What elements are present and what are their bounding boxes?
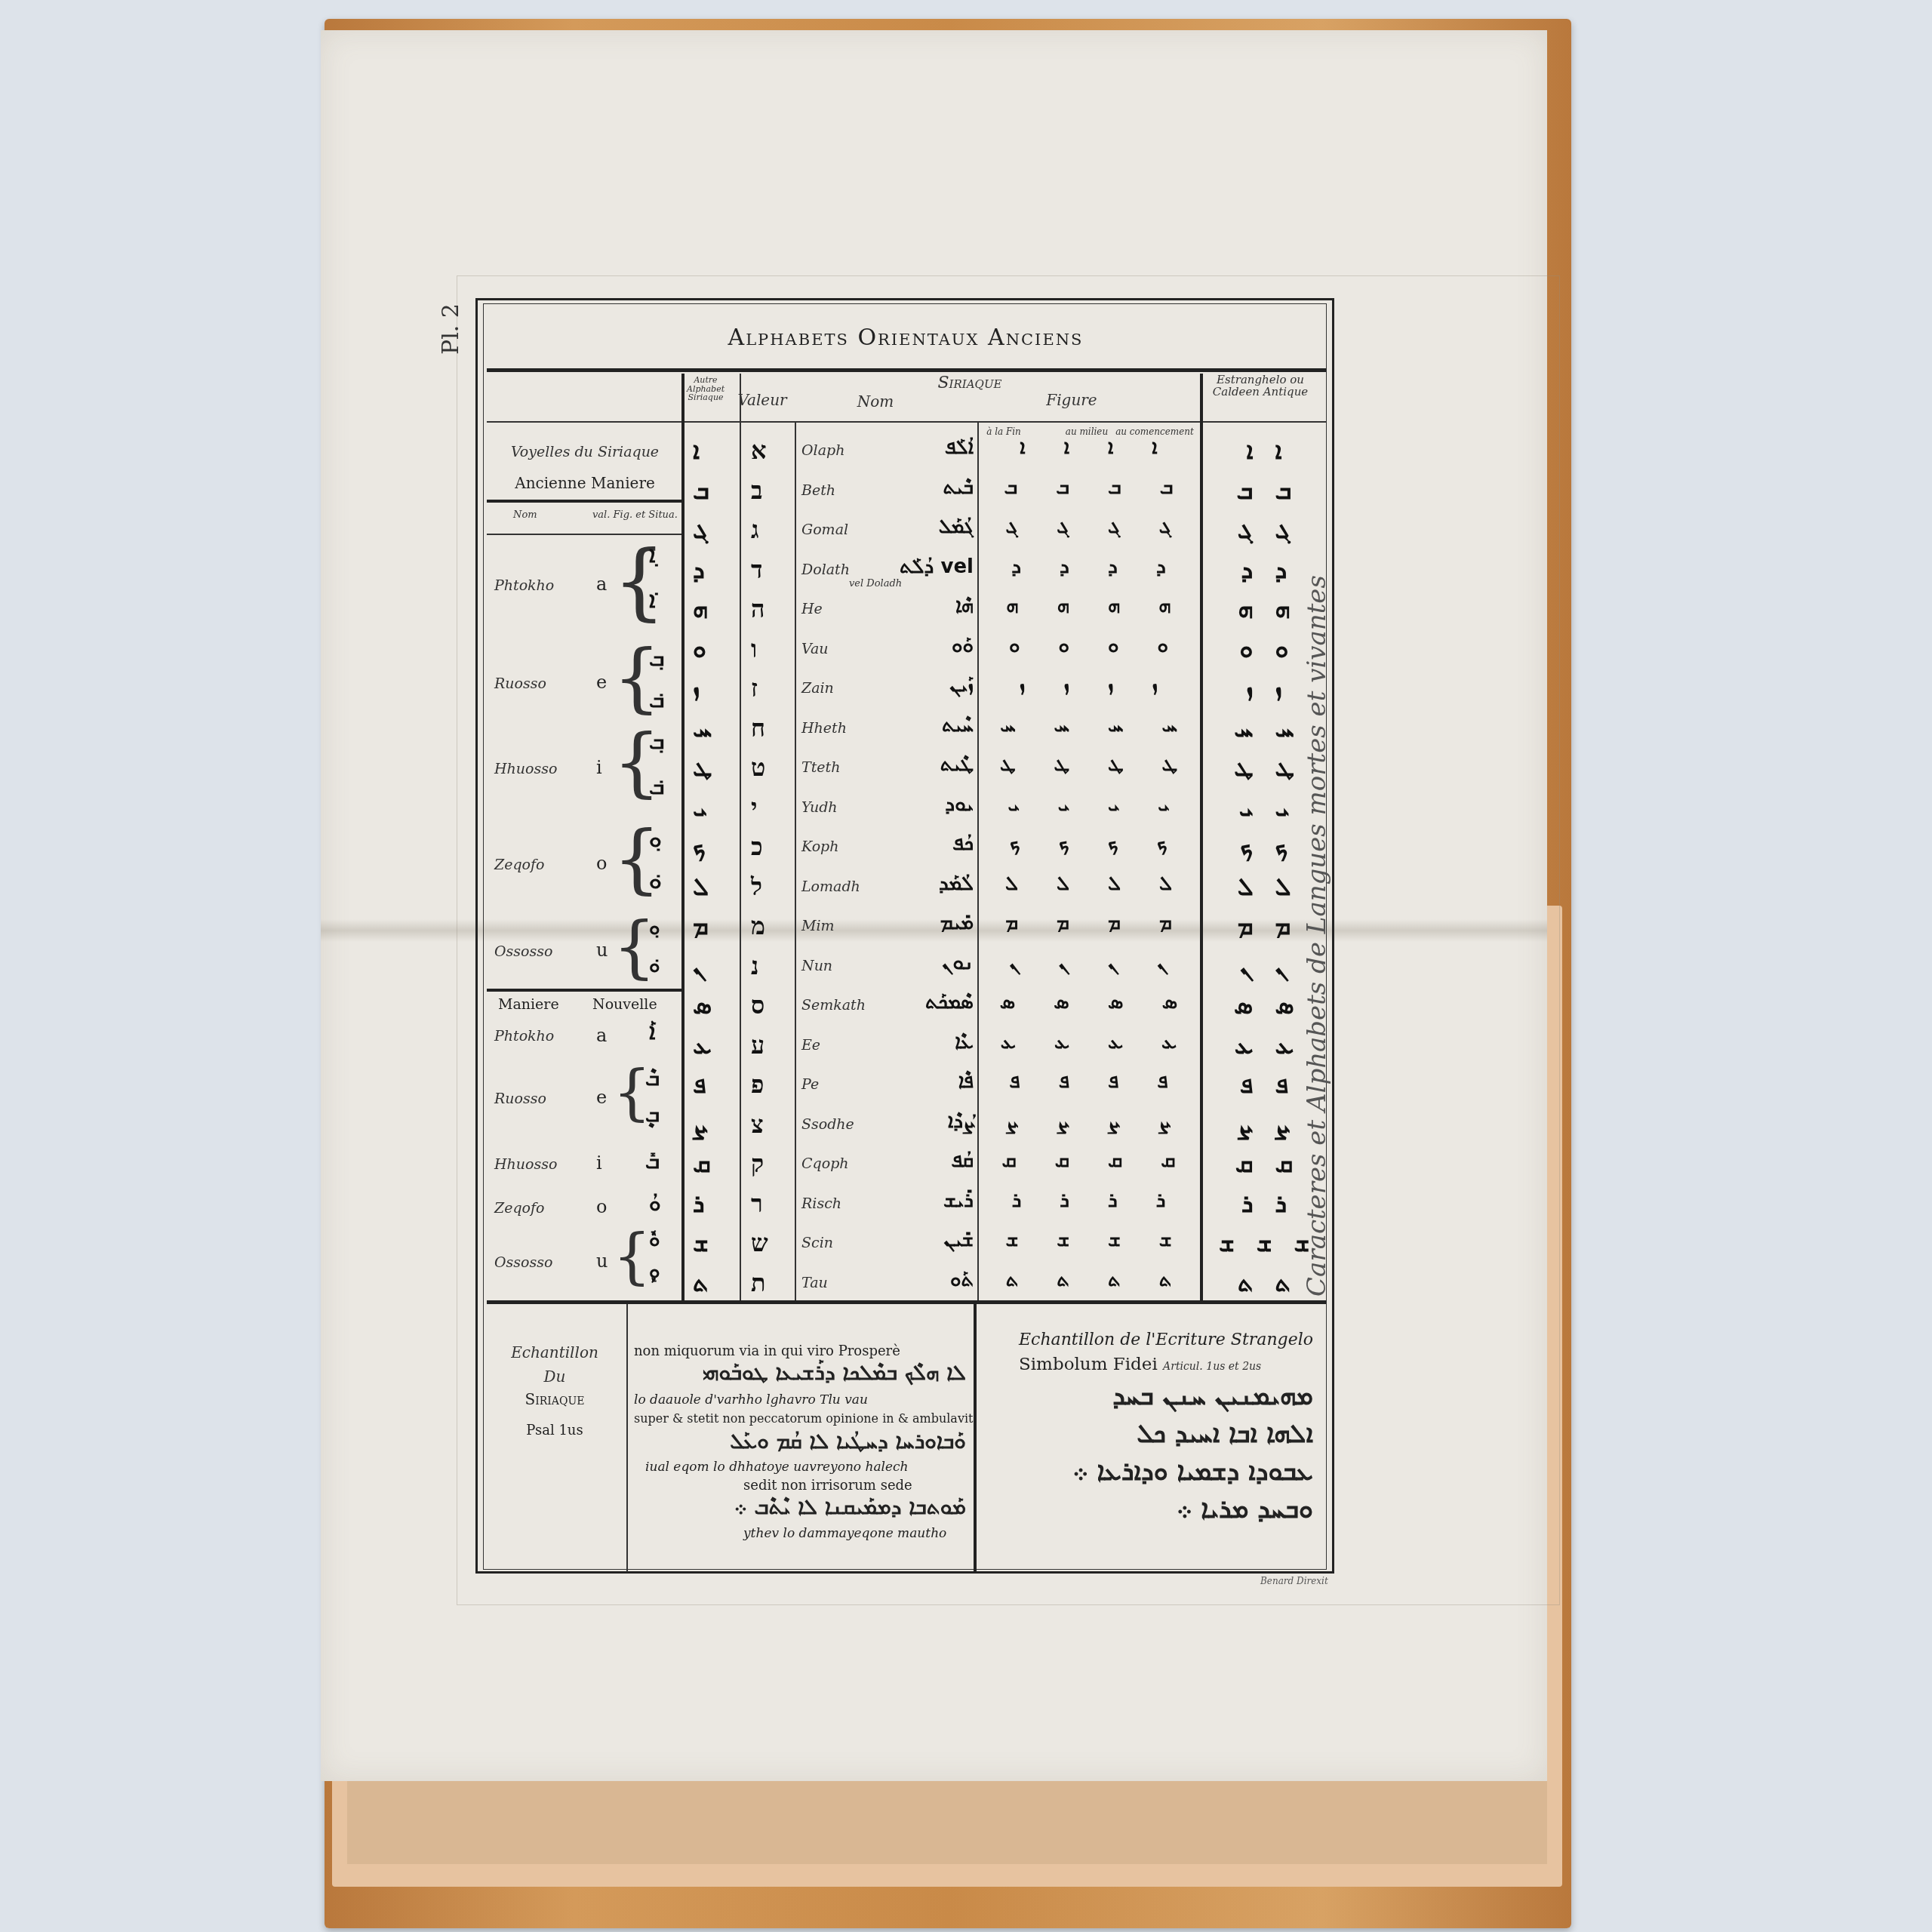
hebrew-value-glyph: ל (751, 872, 762, 901)
sample-label-line: Du (487, 1367, 623, 1386)
brace-icon: { (613, 1226, 651, 1287)
nouvelle-header-nouvelle: Nouvelle (592, 996, 657, 1013)
letter-name-syriac: ܩܳܦ (875, 1149, 974, 1173)
estranghelo-glyph: ܓ ܓ (1207, 515, 1321, 545)
letter-name-syriac: ܪܺܝܫ (875, 1189, 974, 1213)
vowel-value: a (596, 574, 607, 595)
header-nom: Nom (830, 394, 921, 410)
autre-alphabet-glyph: ܬ (693, 1269, 708, 1298)
hebrew-value-glyph: ד (751, 555, 762, 584)
letter-forms: ܨ ܨ ܨ ܨ (981, 1110, 1196, 1134)
letter-name-syriac: ܟܳܦ (875, 832, 974, 856)
sample-label-line: Echantillon (487, 1343, 623, 1361)
brace-icon: { (613, 540, 666, 623)
letter-name: Gomal (801, 521, 848, 538)
sample-syriac-line: ܡܰܘܬܒܐ ܕܡܡܰܝܩܢܐ ܠܐ ܝܶܬܶܒ ܀ (709, 1494, 966, 1520)
figure-sub-milieu: au milieu (1057, 427, 1117, 437)
rule-nom (977, 421, 979, 1302)
vowel-glyph: ܒ݂ (649, 728, 664, 755)
letter-forms: ܣ ܣ ܣ ܣ (981, 991, 1196, 1014)
letter-name-syriac: ܬܰܘ (875, 1269, 974, 1292)
autre-alphabet-glyph: ܓ (693, 515, 709, 545)
figure-sub-fin: à la Fin (974, 427, 1034, 437)
vowel-glyph: ܘ݂ (649, 917, 660, 940)
vowel-value: i (596, 1152, 602, 1174)
letter-name: Beth (801, 482, 835, 499)
letter-forms: ܛ ܛ ܛ ܛ (981, 753, 1196, 777)
autre-alphabet-glyph: ܐ (693, 436, 700, 466)
letter-name: Cqoph (801, 1155, 849, 1172)
autre-alphabet-glyph: ܘ (693, 635, 706, 664)
vowel-glyph: ܘ݂ (649, 826, 662, 853)
letter-name-syriac: ܦܶܐ (875, 1070, 974, 1094)
strangelo-line: ܡܗܝܡܢܝܢ ܚܢܢ ܒܚܕ (1004, 1381, 1313, 1411)
title-divider (487, 368, 1326, 372)
figure-sub-commencement: au comencement (1113, 427, 1196, 437)
rule-sample-split (974, 1304, 977, 1572)
letter-name-syriac: ܚܶܝܬ (875, 714, 974, 737)
sample-translit-line: iual eqom lo dhhatoye uavreyono halech (645, 1460, 909, 1475)
sample-translit-line: ythev lo dammayeqone mautho (743, 1526, 946, 1541)
sample-latin-line: non miquorum via in qui viro Prosperè (634, 1343, 900, 1359)
vowel-glyph: ܒ݁ (649, 774, 664, 800)
vowel-name: Ruosso (494, 675, 546, 692)
vowel-glyph: ܘܽ (649, 1229, 660, 1252)
autre-alphabet-glyph: ܣ (693, 991, 712, 1020)
letter-name: He (801, 601, 823, 617)
vowel-value: e (596, 1087, 607, 1108)
vowel-value: e (596, 672, 607, 693)
vowel-value: u (596, 940, 608, 961)
vowel-name: Phtokho (494, 577, 554, 594)
header-figure: Figure (1026, 392, 1117, 408)
letter-name: Koph (801, 838, 839, 855)
rule-valeur (795, 421, 796, 1302)
letter-forms: ܪ ܪ ܪ ܪ (981, 1189, 1196, 1213)
estranghelo-glyph: ܒ ܒ (1207, 476, 1321, 506)
vowel-name: Ruosso (494, 1091, 546, 1107)
autre-alphabet-glyph: ܛ (693, 753, 712, 783)
vowel-value: u (596, 1251, 608, 1272)
vowel-glyph: ܐ݁ (649, 587, 655, 614)
vowel-glyph: ܒ݂ (649, 645, 664, 672)
autre-alphabet-glyph: ܠ (693, 872, 709, 902)
hebrew-value-glyph: ת (751, 1269, 766, 1297)
letter-name-syriac: ܐܳܠܰܦ (875, 436, 974, 460)
strangelo-subtitle-text: Simbolum Fidei (1019, 1355, 1158, 1374)
header-valeur: Valeur (736, 392, 789, 408)
strangelo-subtitle-note: Articul. 1us et 2us (1163, 1361, 1261, 1373)
rule-figure (1200, 374, 1203, 1302)
vowel-name: Hhuosso (494, 761, 557, 777)
rule-vowels (681, 374, 685, 1302)
vowel-glyph: ܘܾ (649, 1260, 660, 1284)
sample-latin-line: sedit non irrisorum sede (743, 1478, 912, 1494)
vowel-glyph: ܘ݁ (649, 868, 662, 894)
letter-forms: ܚ ܚ ܚ ܚ (981, 714, 1196, 737)
letter-name: Lomadh (801, 878, 860, 895)
vowel-value: a (596, 1025, 607, 1046)
hebrew-value-glyph: ש (751, 1229, 768, 1257)
letter-name-syriac: ܥܶܐ (875, 1031, 974, 1054)
letter-name-syriac: ܕܳܠܰܬ vel (875, 555, 974, 579)
vowels-col-nom: Nom (513, 509, 537, 521)
letter-name-syriac: ܓܳܡܰܠ (875, 515, 974, 539)
sample-label-line: Psal 1us (487, 1423, 623, 1438)
rule-sample-label (626, 1304, 628, 1572)
hebrew-value-glyph: ק (751, 1149, 764, 1178)
letter-forms: ܐ ܐ ܐ ܐ (981, 436, 1196, 460)
letter-name: Vau (801, 641, 829, 657)
letter-name-syriac: ܛܶܝܬ (875, 753, 974, 777)
vowels-nouvelle-divider (487, 989, 681, 992)
letter-forms: ܕ ܕ ܕ ܕ (981, 555, 1196, 579)
letter-forms: ܘ ܘ ܘ ܘ (981, 635, 1196, 658)
strangelo-line: ܥܒܘܕܐ ܕܫܡܝܐ ܘܕܐܪܥܐ ܀ (1004, 1457, 1313, 1487)
autre-alphabet-glyph: ܡ (693, 912, 709, 941)
vowel-value: i (596, 757, 602, 778)
letter-forms: ܠ ܠ ܠ ܠ (981, 872, 1196, 896)
autre-alphabet-glyph: ܩ (693, 1149, 711, 1179)
vowel-name: Zeqofo (494, 1200, 545, 1217)
estranghelo-glyph: ܐ ܐ (1207, 436, 1321, 466)
sample-label-line: Siriaque (487, 1390, 623, 1408)
hebrew-value-glyph: כ (751, 832, 763, 861)
letter-forms: ܝ ܝ ܝ ܝ (981, 793, 1196, 817)
letter-name-syriac: ܡܺܝܡ (875, 912, 974, 935)
hebrew-value-glyph: ו (751, 635, 757, 663)
letter-name-syriac: ܢܘܢ (875, 952, 974, 975)
autre-alphabet-glyph: ܚ (693, 714, 712, 743)
hebrew-value-glyph: ז (751, 674, 758, 703)
autre-alphabet-glyph: ܢ (693, 952, 706, 981)
hebrew-value-glyph: צ (751, 1110, 764, 1139)
vowel-glyph: ܐ݂ (649, 542, 655, 568)
vowel-glyph: ܘܳ (649, 1191, 661, 1217)
letter-name: Tau (801, 1275, 828, 1291)
hebrew-value-glyph: ה (751, 595, 764, 623)
letter-name-syriac: ܘܰܘ (875, 635, 974, 658)
hebrew-value-glyph: ס (751, 991, 764, 1020)
letter-name: Nun (801, 958, 832, 974)
hebrew-value-glyph: פ (751, 1070, 764, 1099)
autre-alphabet-glyph: ܝ (693, 793, 707, 823)
hebrew-value-glyph: א (751, 436, 767, 465)
hebrew-value-glyph: י (751, 793, 757, 822)
nouvelle-header-maniere: Maniere (498, 996, 559, 1013)
letter-forms: ܦ ܦ ܦ ܦ (981, 1070, 1196, 1094)
letter-name: Scin (801, 1235, 833, 1251)
header-estranghelo: Estranghelo ou Caldeen Antique (1204, 374, 1317, 398)
letter-name: Tteth (801, 759, 840, 776)
vowels-subtitle: Ancienne Maniere (491, 474, 679, 492)
hebrew-value-glyph: ב (751, 476, 762, 505)
letter-name-syriac: ܣܶܡܟܰܬ (875, 991, 974, 1014)
letter-forms: ܩ ܩ ܩ ܩ (981, 1149, 1196, 1173)
hebrew-value-glyph: ט (751, 753, 765, 782)
autre-alphabet-glyph: ܒ (693, 476, 709, 506)
letter-name: Zain (801, 680, 834, 697)
letter-name: Olaph (801, 442, 844, 459)
vowel-name: Phtokho (494, 1028, 554, 1044)
letter-name-syriac: ܠܳܡܰܕ (875, 872, 974, 896)
vowel-glyph: ܒܶ (645, 1066, 660, 1091)
autre-alphabet-glyph: ܟ (693, 832, 706, 862)
letter-name: Dolath (801, 561, 850, 578)
letter-name-syriac: ܫܺܝܢ (875, 1229, 974, 1252)
vowel-name: Hhuosso (494, 1156, 557, 1173)
letter-forms: ܥ ܥ ܥ ܥ (981, 1031, 1196, 1054)
hebrew-value-glyph: מ (751, 912, 765, 940)
autre-alphabet-glyph: ܦ (693, 1070, 706, 1100)
sample-syriac-line: ܘܰܒܐܘܪܚܐ ܕܚܛܳܝܐ ܠܐ ܩܳܡ ܘܥܰܠ (634, 1429, 966, 1454)
autre-alphabet-glyph: ܨ (693, 1110, 708, 1140)
strangelo-line: ܐܠܗܐ ܐܒܐ ܐܚܝܕ ܟܠ (1004, 1419, 1313, 1449)
letter-forms: ܢ ܢ ܢ ܢ (981, 952, 1196, 975)
sample-translit-line: lo daauole d'varhho lghavro Tlu vau (634, 1392, 868, 1407)
vowel-name: Ossosso (494, 1254, 552, 1271)
hebrew-value-glyph: ע (751, 1031, 764, 1060)
letter-name: Ee (801, 1037, 820, 1054)
autre-alphabet-glyph: ܙ (693, 674, 700, 703)
letter-forms: ܡ ܡ ܡ ܡ (981, 912, 1196, 935)
autre-alphabet-glyph: ܪ (693, 1189, 705, 1219)
strangelo-line: ܘܒܚܕ ܡܪܝܐ ܀ (1004, 1494, 1313, 1524)
engraver-credit: Benard Direxit (1260, 1576, 1328, 1586)
plate-title: Alphabets Orientaux Anciens (487, 306, 1324, 370)
letter-name: Yudh (801, 799, 838, 816)
vowel-glyph: ܒܷ (645, 1102, 660, 1128)
vowel-value: o (596, 853, 607, 874)
sample-latin-line: super & stetit non peccatorum opinione i… (634, 1411, 973, 1426)
letter-forms: ܙ ܙ ܙ ܙ (981, 674, 1196, 697)
letter-name: Ssodhe (801, 1116, 854, 1133)
header-autre-alphabet: Autre Alphabet Siriaque (679, 376, 732, 402)
vowel-glyph: ܐܰ (649, 1019, 655, 1045)
autre-alphabet-glyph: ܥ (693, 1031, 712, 1060)
hebrew-value-glyph: ח (751, 714, 765, 743)
autre-alphabet-glyph: ܗ (693, 595, 708, 624)
letter-name-syriac: ܨܳܕܶܐ (875, 1110, 974, 1134)
letter-name-syriac: ܗܶܐ (875, 595, 974, 618)
table-bottom-divider (487, 1300, 1326, 1304)
vowels-col-val: val. Fig. et Situa. (592, 509, 678, 521)
hebrew-value-glyph: נ (751, 952, 758, 980)
side-title: Caracteres et Alphabets de Langues morte… (1302, 575, 1332, 1297)
letter-name-alt: vel Doladh (849, 578, 902, 589)
letter-name-syriac: ܒܶܝܬ (875, 476, 974, 500)
letter-forms: ܟ ܟ ܟ ܟ (981, 832, 1196, 856)
hebrew-value-glyph: ג (751, 515, 759, 544)
vowel-glyph: ܒܺ (645, 1149, 660, 1174)
vowel-name: Zeqofo (494, 857, 545, 873)
header-siriaque: Siriaque (913, 374, 1026, 392)
letter-name-syriac: ܙܰܝܢ (875, 674, 974, 697)
strangelo-title: Echantillon de l'Ecriture Strangelo (1019, 1331, 1313, 1349)
autre-alphabet-glyph: ܕ (693, 555, 705, 585)
letter-name: Pe (801, 1076, 819, 1093)
vowel-glyph: ܒ݁ (649, 687, 664, 713)
letter-forms: ܫ ܫ ܫ ܫ (981, 1229, 1196, 1252)
rule-autre (740, 374, 741, 1302)
hebrew-value-glyph: ר (751, 1189, 763, 1218)
vowel-value: o (596, 1196, 607, 1217)
vowel-name: Ossosso (494, 943, 552, 960)
letter-name-syriac: ܝܘܕ (875, 793, 974, 817)
letter-forms: ܓ ܓ ܓ ܓ (981, 515, 1196, 539)
letter-forms: ܗ ܗ ܗ ܗ (981, 595, 1196, 618)
letter-forms: ܬ ܬ ܬ ܬ (981, 1269, 1196, 1292)
vowels-divider (487, 500, 681, 503)
letter-forms: ܒ ܒ ܒ ܒ (981, 476, 1196, 500)
sample-syriac-line: ܠܐ ܗܠܶܟ ܒܡܶܠܟܐ ܕܪܰܫܝܥܐ ܛܘܒܰܘܗܝ (634, 1360, 966, 1386)
letter-name: Semkath (801, 997, 866, 1014)
letter-name: Risch (801, 1195, 841, 1212)
strangelo-subtitle: Simbolum Fidei Articul. 1us et 2us (1019, 1355, 1261, 1374)
autre-alphabet-glyph: ܫ (693, 1229, 709, 1258)
vowels-title: Voyelles du Siriaque (491, 444, 679, 460)
vowel-glyph: ܘ݁ (649, 955, 660, 978)
letter-name: Mim (801, 918, 835, 934)
letter-name: Hheth (801, 720, 847, 737)
